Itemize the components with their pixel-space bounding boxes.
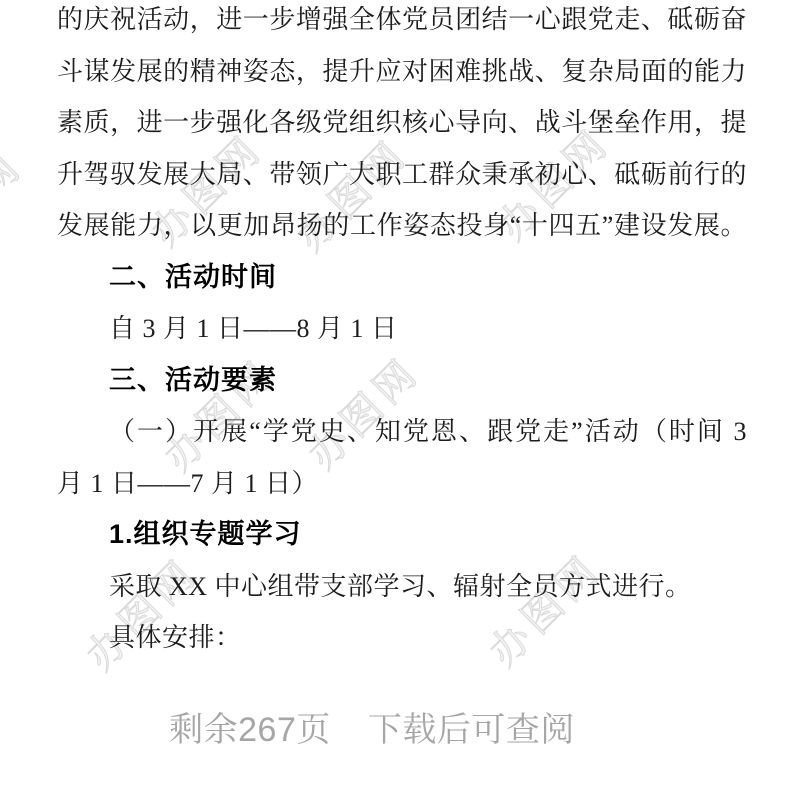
paragraph-line: 升驾驭发展大局、带领广大职工群众秉承初心、砥砺前行的	[57, 149, 747, 201]
activity-date-range: 自 3 月 1 日——8 月 1 日	[57, 303, 747, 355]
heading-organize-thematic-study: 1.组织专题学习	[57, 509, 747, 561]
study-method-line: 采取 XX 中心组带支部学习、辐射全员方式进行。	[57, 561, 747, 613]
preview-footer: 剩余267页 下载后可查阅	[0, 710, 772, 750]
pages-remaining-label: 剩余267页	[169, 710, 331, 750]
paragraph-line: 发展能力，以更加昂扬的工作姿态投身“十四五”建设发展。	[57, 200, 747, 252]
document-page: 办图网 办图网 办图网 办图网 办图网 办图网 办图网 办图网 的庆祝活动，进一…	[0, 0, 800, 800]
paragraph-line: 的庆祝活动，进一步增强全体党员团结一心跟党走、砥砺奋	[57, 0, 747, 46]
heading-activity-time: 二、活动时间	[57, 252, 747, 304]
download-note-label: 下载后可查阅	[368, 710, 575, 750]
paragraph-line: 斗谋发展的精神姿态，提升应对困难挑战、复杂局面的能力	[57, 46, 747, 98]
watermark-text: 办图网	[0, 136, 34, 274]
document-body: 的庆祝活动，进一步增强全体党员团结一心跟党走、砥砺奋 斗谋发展的精神姿态，提升应…	[57, 0, 747, 664]
subsection-heading-line-1: （一）开展“学党史、知党恩、跟党走”活动（时间 3	[57, 406, 747, 458]
heading-activity-elements: 三、活动要素	[57, 355, 747, 407]
subsection-heading-line-2: 月 1 日——7 月 1 日）	[57, 458, 747, 510]
schedule-label: 具体安排：	[57, 612, 747, 664]
paragraph-line: 素质，进一步强化各级党组织核心导向、战斗堡垒作用，提	[57, 97, 747, 149]
